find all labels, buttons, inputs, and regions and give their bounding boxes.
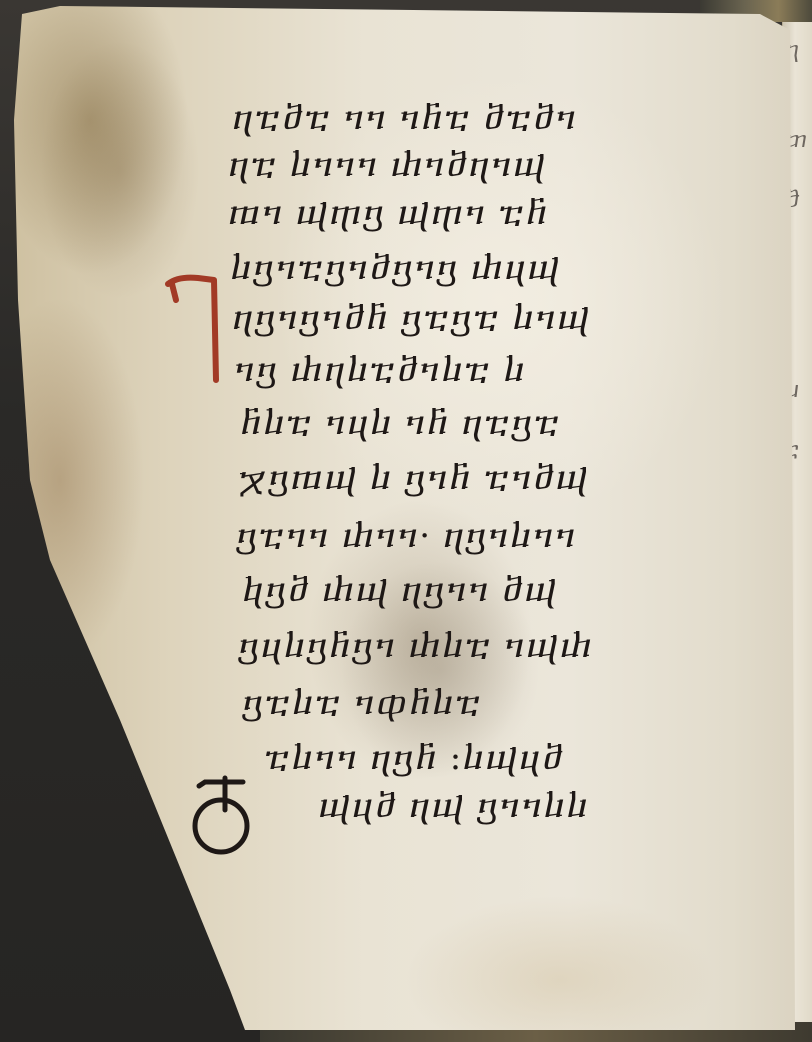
text-line: ⴓⴗⴋ ⴄⴓ ⴂⴈⴈⴑⴑ bbox=[318, 786, 589, 826]
text-line: ⴉⴂⴋ ⴐⴓ ⴄⴂⴈⴈ ⴋⴓ bbox=[242, 570, 558, 610]
decorated-initial-circle bbox=[185, 770, 275, 860]
text-line: ⴊⴈ ⴓⴅⴂ ⴓⴅⴈ ⴀⴌ bbox=[228, 193, 549, 233]
text-line: ⴄⴀⴋⴀ ⴈⴈ ⴈⴌⴀ ⴋⴀⴋⴈ bbox=[232, 98, 577, 138]
text-line: ⴑⴂⴈⴀⴂⴈⴋⴂⴈⴂ ⴐⴗⴓ bbox=[230, 248, 561, 288]
text-line: ⴂⴀⴑⴀ ⴈⴔⴌⴑⴀ bbox=[242, 683, 482, 723]
text-line: ⴌⴑⴀ ⴈⴗⴑ ⴈⴌ ⴄⴀⴂⴀ bbox=[240, 403, 561, 443]
text-line: ⴄⴂⴈⴂⴈⴋⴌ ⴂⴀⴂⴀ ⴑⴈⴓ bbox=[232, 298, 591, 338]
text-line: ⴀⴑⴈⴈ ⴄⴂⴌ :ⴑⴓⴗⴋ bbox=[264, 738, 564, 778]
text-line: ⴄⴀ ⴑⴈⴈⴈ ⴐⴈⴋⴄⴈⴓ bbox=[228, 145, 546, 185]
text-line: ⴂⴗⴑⴂⴌⴂⴈ ⴐⴑⴀ ⴈⴓⴐ bbox=[238, 626, 593, 666]
text-line: ⴂⴀⴈⴈ ⴐⴈⴈ· ⴄⴂⴈⴑⴈⴈ bbox=[236, 516, 577, 556]
rubric-initial-red bbox=[164, 270, 224, 390]
text-line: ⴟⴂⴊⴓ ⴑ ⴂⴈⴌ ⴀⴈⴋⴓ bbox=[238, 458, 589, 498]
text-line: ⴈⴂ ⴐⴄⴑⴀⴋⴈⴑⴀ ⴑ bbox=[234, 350, 526, 390]
